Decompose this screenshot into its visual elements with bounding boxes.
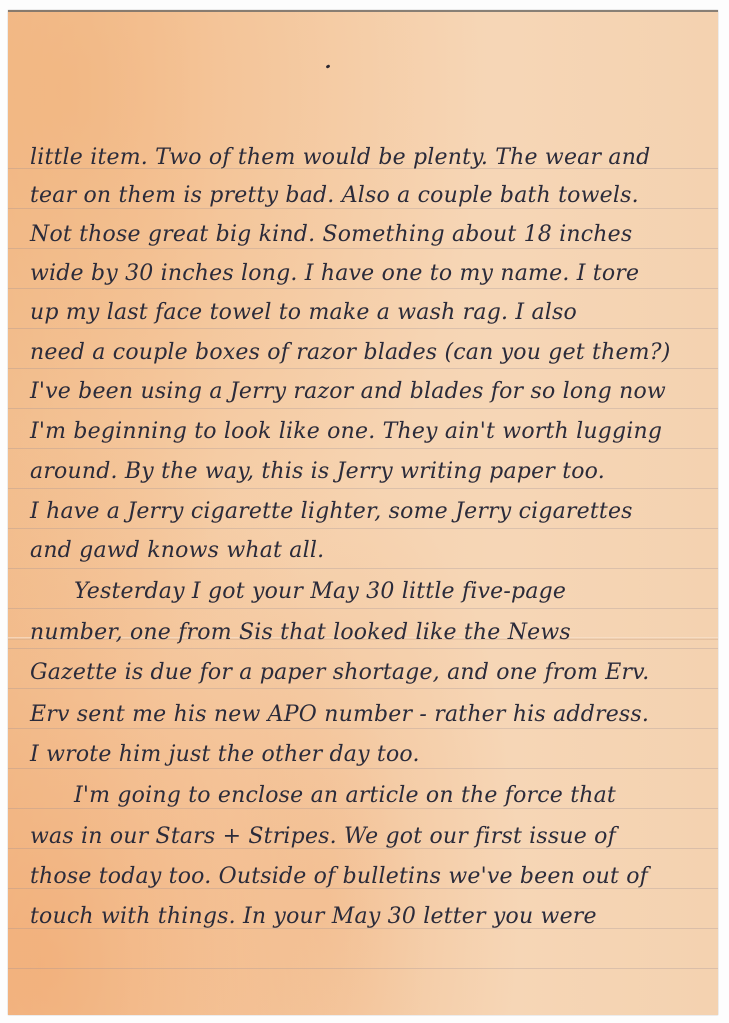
ruled-line xyxy=(8,688,718,689)
letter-line: touch with things. In your May 30 letter… xyxy=(30,904,597,929)
letter-line: was in our Stars + Stripes. We got our f… xyxy=(30,824,616,849)
letter-line: wide by 30 inches long. I have one to my… xyxy=(30,261,639,286)
letter-line: need a couple boxes of razor blades (can… xyxy=(30,340,671,365)
ruled-line xyxy=(8,368,718,369)
ruled-line xyxy=(8,768,718,769)
letter-line: and gawd knows what all. xyxy=(30,538,324,563)
letter-line: Not those great big kind. Something abou… xyxy=(30,222,632,247)
letter-line: Yesterday I got your May 30 little five-… xyxy=(74,579,566,604)
letter-line: I wrote him just the other day too. xyxy=(30,742,420,767)
ink-spot xyxy=(326,64,331,69)
letter-page: little item. Two of them would be plenty… xyxy=(8,10,718,1015)
ruled-line xyxy=(8,248,718,249)
letter-line: little item. Two of them would be plenty… xyxy=(30,145,650,170)
letter-line: up my last face towel to make a wash rag… xyxy=(30,300,577,325)
ruled-line xyxy=(8,488,718,489)
ruled-line xyxy=(8,568,718,569)
ruled-line xyxy=(8,208,718,209)
letter-line: Gazette is due for a paper shortage, and… xyxy=(30,660,649,685)
letter-line: I've been using a Jerry razor and blades… xyxy=(30,379,666,404)
letter-line: tear on them is pretty bad. Also a coupl… xyxy=(30,183,639,208)
ruled-line xyxy=(8,528,718,529)
letter-line: number, one from Sis that looked like th… xyxy=(30,620,571,645)
letter-line: around. By the way, this is Jerry writin… xyxy=(30,459,605,484)
ruled-line xyxy=(8,608,718,609)
letter-line: Erv sent me his new APO number - rather … xyxy=(30,702,649,727)
letter-line: I have a Jerry cigarette lighter, some J… xyxy=(30,499,633,524)
letter-line: I'm beginning to look like one. They ain… xyxy=(30,419,662,444)
ruled-line xyxy=(8,288,718,289)
ruled-line xyxy=(8,968,718,969)
ruled-line xyxy=(8,448,718,449)
ruled-line xyxy=(8,808,718,809)
ruled-line xyxy=(8,408,718,409)
paper-top-edge xyxy=(8,10,718,12)
letter-line: those today too. Outside of bulletins we… xyxy=(30,864,648,889)
ruled-line xyxy=(8,728,718,729)
ruled-line xyxy=(8,328,718,329)
ruled-line xyxy=(8,648,718,649)
letter-line: I'm going to enclose an article on the f… xyxy=(74,783,616,808)
